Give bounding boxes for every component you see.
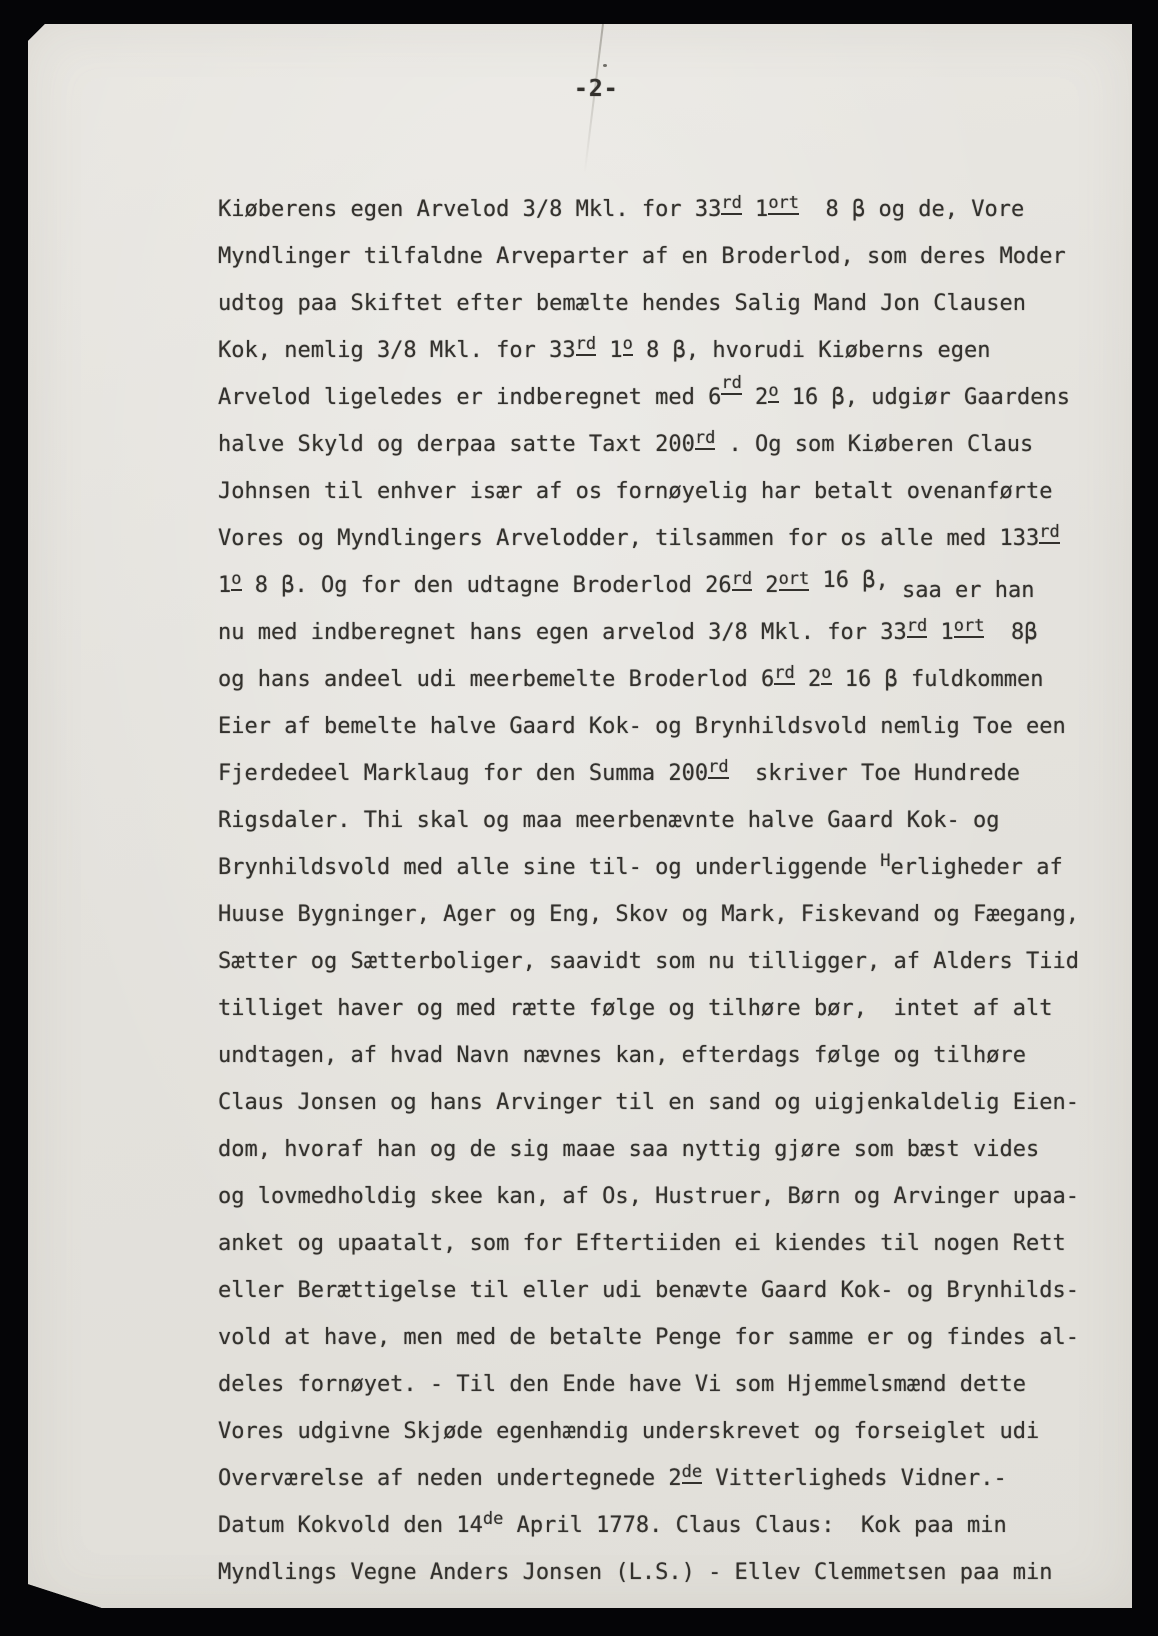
- text-line: Overværelse af neden undertegnede 2de Vi…: [218, 1455, 1118, 1502]
- text-segment: Fjerdedeel Marklaug for den Summa 200: [218, 761, 708, 786]
- text-line: undtagen, af hvad Navn nævnes kan, efter…: [218, 1032, 1118, 1079]
- text-segment: 2: [742, 385, 769, 410]
- text-segment: Rigsdaler. Thi skal og maa meerbenævnte …: [218, 808, 999, 833]
- text-line: Huuse Bygninger, Ager og Eng, Skov og Ma…: [218, 891, 1118, 938]
- text-line: tilliget haver og med rætte følge og til…: [218, 985, 1118, 1032]
- text-segment: 8 β og de, Vore: [799, 197, 1024, 222]
- text-segment: deles fornøyet. - Til den Ende have Vi s…: [218, 1372, 1026, 1397]
- text-segment: 1: [596, 338, 623, 363]
- text-line: Kok, nemlig 3/8 Mkl. for 33rd 1o 8 β, hv…: [218, 327, 1118, 374]
- text-segment: Datum Kokvold den 14: [218, 1513, 483, 1538]
- text-line: Claus Jonsen og hans Arvinger til en san…: [218, 1079, 1118, 1126]
- text-segment: Johnsen til enhver især af os fornøyelig…: [218, 479, 1052, 504]
- document-scan: -2- Kiøberens egen Arvelod 3/8 Mkl. for …: [0, 0, 1158, 1636]
- superscript: o: [821, 665, 831, 685]
- text-segment: Huuse Bygninger, Ager og Eng, Skov og Ma…: [218, 902, 1079, 927]
- text-line: Sætter og Sætterboliger, saavidt som nu …: [218, 938, 1118, 985]
- text-segment: Vores udgivne Skjøde egenhændig underskr…: [218, 1419, 1039, 1444]
- superscript: ort: [954, 618, 985, 638]
- text-line: Myndlinger tilfaldne Arveparter af en Br…: [218, 233, 1118, 280]
- text-segment: 1: [742, 197, 769, 222]
- text-segment: Eier af bemelte halve Gaard Kok- og Bryn…: [218, 714, 1066, 739]
- superscript: rd: [695, 430, 715, 450]
- text-line: anket og upaatalt, som for Eftertiiden e…: [218, 1220, 1118, 1267]
- text-segment: Brynhildsvold med alle sine til- og unde…: [218, 855, 880, 880]
- text-segment: 2: [795, 667, 822, 692]
- text-line: Brynhildsvold med alle sine til- og unde…: [218, 844, 1118, 891]
- superscript: rd: [907, 618, 927, 638]
- text-segment: nu med indberegnet hans egen arvelod 3/8…: [218, 620, 907, 645]
- superscript: o: [768, 383, 778, 403]
- paper-speck: [603, 64, 607, 67]
- text-segment: og lovmedholdig skee kan, af Os, Hustrue…: [218, 1184, 1079, 1209]
- text-line: Rigsdaler. Thi skal og maa meerbenævnte …: [218, 797, 1118, 844]
- superscript: rd: [721, 375, 741, 395]
- text-segment: 1: [927, 620, 954, 645]
- text-segment: Claus Jonsen og hans Arvinger til en san…: [218, 1090, 1079, 1115]
- superscript: de: [682, 1464, 702, 1484]
- text-line: deles fornøyet. - Til den Ende have Vi s…: [218, 1361, 1118, 1408]
- superscript: rd: [774, 665, 794, 685]
- superscript: rd: [576, 336, 596, 356]
- text-line: nu med indberegnet hans egen arvelod 3/8…: [218, 609, 1118, 656]
- text-segment: 16 β,: [809, 557, 888, 604]
- text-line: Arvelod ligeledes er indberegnet med 6rd…: [218, 374, 1118, 421]
- text-segment: tilliget haver og med rætte følge og til…: [218, 996, 1052, 1021]
- text-segment: Overværelse af neden undertegnede 2: [218, 1466, 682, 1491]
- text-line: eller Berættigelse til eller udi benævte…: [218, 1267, 1118, 1314]
- text-line: Fjerdedeel Marklaug for den Summa 200rd …: [218, 750, 1118, 797]
- paper-page: -2- Kiøberens egen Arvelod 3/8 Mkl. for …: [28, 24, 1132, 1608]
- text-segment: Kok, nemlig 3/8 Mkl. for 33: [218, 338, 576, 363]
- text-segment: Kiøberens egen Arvelod 3/8 Mkl. for 33: [218, 197, 721, 222]
- superscript: o: [231, 571, 241, 591]
- superscript: ort: [779, 571, 810, 591]
- text-segment: . Og som Kiøberen Claus: [715, 432, 1033, 457]
- text-segment: Myndlings Vegne Anders Jonsen (L.S.) - E…: [218, 1560, 1052, 1585]
- text-segment: vold at have, men med de betalte Penge f…: [218, 1325, 1079, 1350]
- page-number: -2-: [574, 76, 619, 102]
- text-line: Myndlings Vegne Anders Jonsen (L.S.) - E…: [218, 1549, 1118, 1596]
- text-segment: halve Skyld og derpaa satte Taxt 200: [218, 432, 695, 457]
- text-segment: 2: [752, 573, 779, 598]
- text-line: dom, hvoraf han og de sig maae saa nytti…: [218, 1126, 1118, 1173]
- superscript: rd: [1039, 524, 1059, 544]
- text-line: og lovmedholdig skee kan, af Os, Hustrue…: [218, 1173, 1118, 1220]
- text-segment: erligheder af: [891, 855, 1063, 880]
- text-segment: saa er han: [889, 567, 1035, 614]
- text-segment: Vitterligheds Vidner.-: [702, 1466, 1007, 1491]
- text-segment: udtog paa Skiftet efter bemælte hendes S…: [218, 291, 1026, 316]
- text-segment: dom, hvoraf han og de sig maae saa nytti…: [218, 1137, 1039, 1162]
- text-segment: Vores og Myndlingers Arvelodder, tilsamm…: [218, 526, 1039, 551]
- superscript: rd: [708, 759, 728, 779]
- superscript: o: [623, 336, 633, 356]
- superscript: rd: [732, 571, 752, 591]
- text-line: udtog paa Skiftet efter bemælte hendes S…: [218, 280, 1118, 327]
- text-line: Kiøberens egen Arvelod 3/8 Mkl. for 33rd…: [218, 186, 1118, 233]
- text-segment: skriver Toe Hundrede: [729, 761, 1020, 786]
- text-segment: 8β: [984, 620, 1037, 645]
- text-line: og hans andeel udi meerbemelte Broderlod…: [218, 656, 1118, 703]
- text-line: Eier af bemelte halve Gaard Kok- og Bryn…: [218, 703, 1118, 750]
- text-segment: Myndlinger tilfaldne Arveparter af en Br…: [218, 244, 1066, 269]
- text-line: vold at have, men med de betalte Penge f…: [218, 1314, 1118, 1361]
- superscript: H: [880, 853, 890, 870]
- text-segment: undtagen, af hvad Navn nævnes kan, efter…: [218, 1043, 1026, 1068]
- text-segment: 8 β. Og for den udtagne Broderlod 26: [242, 573, 732, 598]
- text-segment: 8 β, hvorudi Kiøberns egen: [633, 338, 991, 363]
- document-text: Kiøberens egen Arvelod 3/8 Mkl. for 33rd…: [218, 186, 1118, 1596]
- text-segment: 1: [218, 573, 231, 598]
- text-line: Vores udgivne Skjøde egenhændig underskr…: [218, 1408, 1118, 1455]
- text-segment: Arvelod ligeledes er indberegnet med 6: [218, 385, 721, 410]
- superscript: ort: [768, 195, 799, 215]
- text-line: halve Skyld og derpaa satte Taxt 200rd .…: [218, 421, 1118, 468]
- text-segment: Sætter og Sætterboliger, saavidt som nu …: [218, 949, 1079, 974]
- superscript: de: [483, 1511, 503, 1528]
- text-line: Datum Kokvold den 14de April 1778. Claus…: [218, 1502, 1118, 1549]
- text-line: Johnsen til enhver især af os fornøyelig…: [218, 468, 1118, 515]
- text-segment: og hans andeel udi meerbemelte Broderlod…: [218, 667, 774, 692]
- text-line: Vores og Myndlingers Arvelodder, tilsamm…: [218, 515, 1118, 562]
- text-segment: 16 β fuldkommen: [832, 667, 1044, 692]
- superscript: rd: [721, 195, 741, 215]
- text-segment: 16 β, udgiør Gaardens: [779, 385, 1070, 410]
- text-line: 1o 8 β. Og for den udtagne Broderlod 26r…: [218, 562, 1118, 609]
- text-segment: April 1778. Claus Claus: Kok paa min: [503, 1513, 1006, 1538]
- text-segment: eller Berættigelse til eller udi benævte…: [218, 1278, 1079, 1303]
- text-segment: anket og upaatalt, som for Eftertiiden e…: [218, 1231, 1066, 1256]
